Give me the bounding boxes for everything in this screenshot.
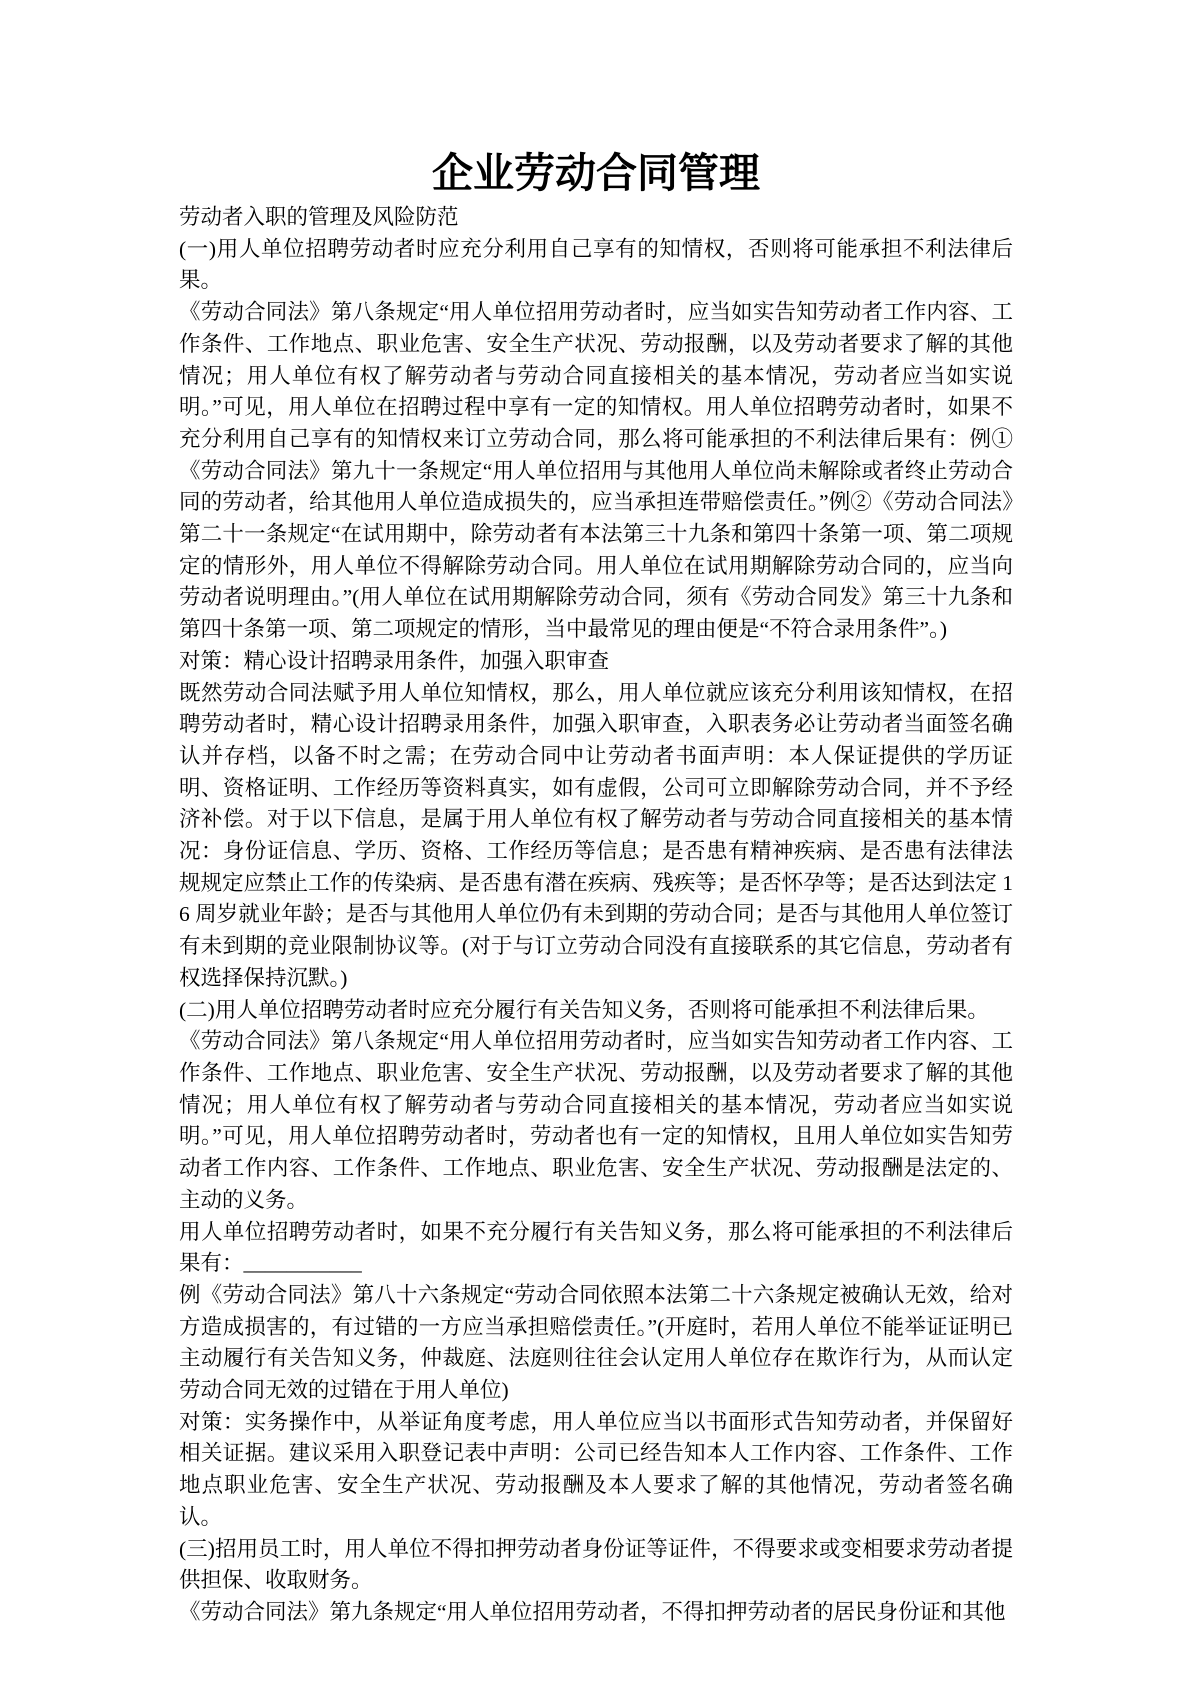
document-content: 企业劳动合同管理 劳动者入职的管理及风险防范 (一)用人单位招聘劳动者时应充分利… [179, 147, 1013, 1629]
paragraph-item-2-heading: (二)用人单位招聘劳动者时应充分履行有关告知义务，否则将可能承担不利法律后果。 [179, 995, 1013, 1027]
paragraph-section-heading: 劳动者入职的管理及风险防范 [179, 202, 1013, 234]
paragraph-law-article-86: 例《劳动合同法》第八十六条规定“劳动合同依照本法第二十六条规定被确认无效，给对方… [179, 1280, 1013, 1407]
paragraph-law-article-8: 《劳动合同法》第八条规定“用人单位招用劳动者时，应当如实告知劳动者工作内容、工作… [179, 297, 1013, 646]
paragraph-item-1-heading: (一)用人单位招聘劳动者时应充分利用自己享有的知情权，否则将可能承担不利法律后果… [179, 234, 1013, 297]
paragraph-countermeasure-2: 对策：实务操作中，从举证角度考虑，用人单位应当以书面形式告知劳动者，并保留好相关… [179, 1407, 1013, 1534]
document-page: 企业劳动合同管理 劳动者入职的管理及风险防范 (一)用人单位招聘劳动者时应充分利… [0, 0, 1190, 1683]
paragraph-blank-consequence: 用人单位招聘劳动者时，如果不充分履行有关告知义务，那么将可能承担的不利法律后果有… [179, 1217, 1013, 1280]
paragraph-item-3-heading: (三)招用员工时，用人单位不得扣押劳动者身份证等证件，不得要求或变相要求劳动者提… [179, 1534, 1013, 1597]
document-title: 企业劳动合同管理 [179, 147, 1013, 199]
paragraph-countermeasure-1: 对策：精心设计招聘录用条件，加强入职审查 [179, 646, 1013, 678]
paragraph-law-article-8-repeat: 《劳动合同法》第八条规定“用人单位招用劳动者时，应当如实告知劳动者工作内容、工作… [179, 1026, 1013, 1216]
paragraph-countermeasure-1-detail: 既然劳动合同法赋予用人单位知情权，那么，用人单位就应该充分利用该知情权，在招聘劳… [179, 678, 1013, 995]
paragraph-law-article-9: 《劳动合同法》第九条规定“用人单位招用劳动者，不得扣押劳动者的居民身份证和其他 [179, 1597, 1013, 1629]
